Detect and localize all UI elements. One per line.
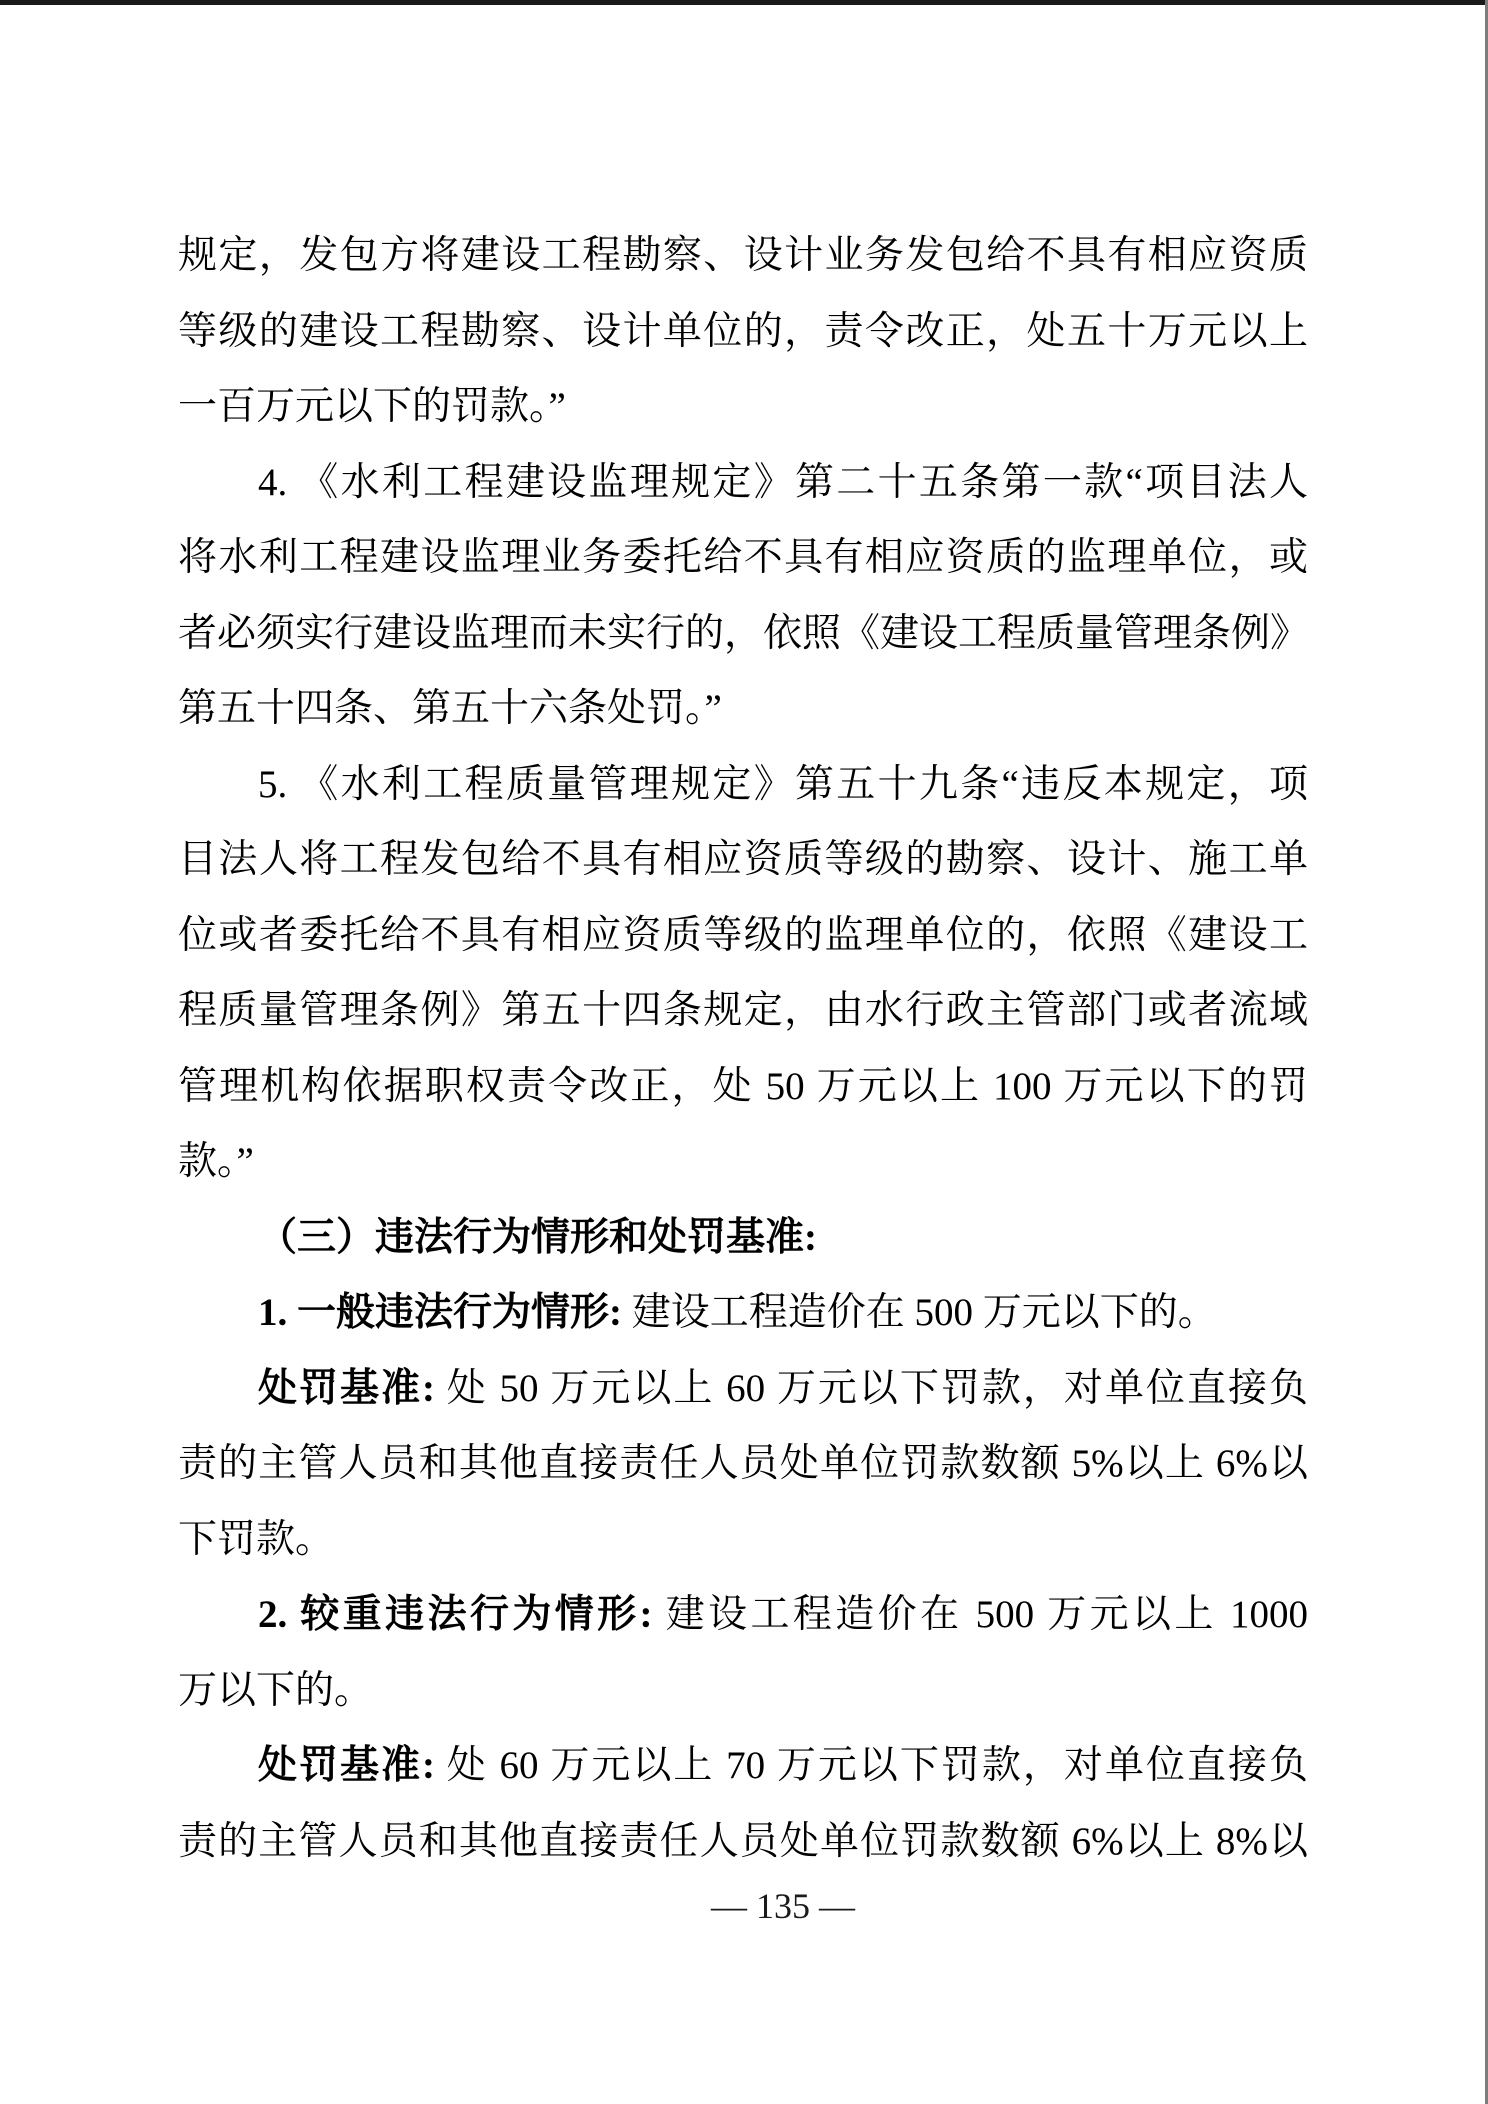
text-line: 规定，发包方将建设工程勘察、设计业务发包给不具有相应资质 <box>178 218 1308 294</box>
text-line: 处罚基准: 处 60 万元以上 70 万元以下罚款，对单位直接负 <box>178 1728 1308 1804</box>
text-line: 责的主管人员和其他直接责任人员处单位罚款数额 6%以上 8%以 <box>178 1804 1308 1880</box>
body-text: 处 50 万元以上 60 万元以下罚款，对单位直接负 <box>435 1367 1308 1410</box>
text-line: 4. 《水利工程建设监理规定》第二十五条第一款“项目法人 <box>178 445 1308 521</box>
body-text: 一百万元以下的罚款。” <box>178 385 566 428</box>
body-text: 5. 《水利工程质量管理规定》第五十九条“违反本规定，项 <box>258 763 1308 806</box>
body-text: 规定，发包方将建设工程勘察、设计业务发包给不具有相应资质 <box>178 234 1308 277</box>
body-text: 4. 《水利工程建设监理规定》第二十五条第一款“项目法人 <box>258 461 1308 504</box>
text-line: 第五十四条、第五十六条处罚。” <box>178 671 1308 747</box>
text-line: （三）违法行为情形和处罚基准: <box>178 1200 1308 1276</box>
body-text: 位或者委托给不具有相应资质等级的监理单位的，依照《建设工 <box>178 914 1308 957</box>
emphasis-text: 处罚基准: <box>258 1744 435 1787</box>
emphasis-text: 处罚基准: <box>258 1367 435 1410</box>
body-text: 责的主管人员和其他直接责任人员处单位罚款数额 5%以上 6%以 <box>178 1442 1308 1485</box>
body-text: 建设工程造价在 500 万元以下的。 <box>622 1291 1217 1334</box>
text-line: 程质量管理条例》第五十四条规定，由水行政主管部门或者流域 <box>178 973 1308 1049</box>
body-text: 第五十四条、第五十六条处罚。” <box>178 687 722 730</box>
body-text: 程质量管理条例》第五十四条规定，由水行政主管部门或者流域 <box>178 989 1308 1032</box>
body-text: 等级的建设工程勘察、设计单位的，责令改正，处五十万元以上 <box>178 310 1308 353</box>
emphasis-text: 2. 较重违法行为情形: <box>258 1593 653 1636</box>
body-text: 建设工程造价在 500 万元以上 1000 <box>653 1593 1308 1636</box>
text-line: 1. 一般违法行为情形: 建设工程造价在 500 万元以下的。 <box>178 1275 1308 1351</box>
page-number: — 135 — <box>633 1886 933 1927</box>
text-line: 万以下的。 <box>178 1653 1308 1729</box>
text-line: 目法人将工程发包给不具有相应资质等级的勘察、设计、施工单 <box>178 822 1308 898</box>
text-line: 2. 较重违法行为情形: 建设工程造价在 500 万元以上 1000 <box>178 1577 1308 1653</box>
text-line: 下罚款。 <box>178 1502 1308 1578</box>
emphasis-text: 1. 一般违法行为情形: <box>258 1291 622 1334</box>
text-line: 责的主管人员和其他直接责任人员处单位罚款数额 5%以上 6%以 <box>178 1426 1308 1502</box>
document-body: 规定，发包方将建设工程勘察、设计业务发包给不具有相应资质等级的建设工程勘察、设计… <box>178 218 1308 1879</box>
text-line: 管理机构依据职权责令改正，处 50 万元以上 100 万元以下的罚 <box>178 1049 1308 1125</box>
body-text: 责的主管人员和其他直接责任人员处单位罚款数额 6%以上 8%以 <box>178 1820 1308 1863</box>
body-text: 下罚款。 <box>178 1518 334 1561</box>
body-text: 万以下的。 <box>178 1669 373 1712</box>
document-page: 规定，发包方将建设工程勘察、设计业务发包给不具有相应资质等级的建设工程勘察、设计… <box>0 0 1488 2104</box>
text-line: 款。” <box>178 1124 1308 1200</box>
body-text: 处 60 万元以上 70 万元以下罚款，对单位直接负 <box>435 1744 1308 1787</box>
text-line: 5. 《水利工程质量管理规定》第五十九条“违反本规定，项 <box>178 747 1308 823</box>
body-text: 管理机构依据职权责令改正，处 50 万元以上 100 万元以下的罚 <box>178 1065 1308 1108</box>
body-text: 者必须实行建设监理而未实行的，依照《建设工程质量管理条例》 <box>178 612 1309 655</box>
text-line: 将水利工程建设监理业务委托给不具有相应资质的监理单位，或 <box>178 520 1308 596</box>
text-line: 者必须实行建设监理而未实行的，依照《建设工程质量管理条例》 <box>178 596 1308 672</box>
body-text: 目法人将工程发包给不具有相应资质等级的勘察、设计、施工单 <box>178 838 1308 881</box>
text-line: 处罚基准: 处 50 万元以上 60 万元以下罚款，对单位直接负 <box>178 1351 1308 1427</box>
text-line: 位或者委托给不具有相应资质等级的监理单位的，依照《建设工 <box>178 898 1308 974</box>
text-line: 一百万元以下的罚款。” <box>178 369 1308 445</box>
body-text: 款。” <box>178 1140 254 1183</box>
emphasis-text: （三）违法行为情形和处罚基准: <box>258 1216 817 1259</box>
top-border-line <box>0 0 1488 5</box>
body-text: 将水利工程建设监理业务委托给不具有相应资质的监理单位，或 <box>178 536 1308 579</box>
text-line: 等级的建设工程勘察、设计单位的，责令改正，处五十万元以上 <box>178 294 1308 370</box>
